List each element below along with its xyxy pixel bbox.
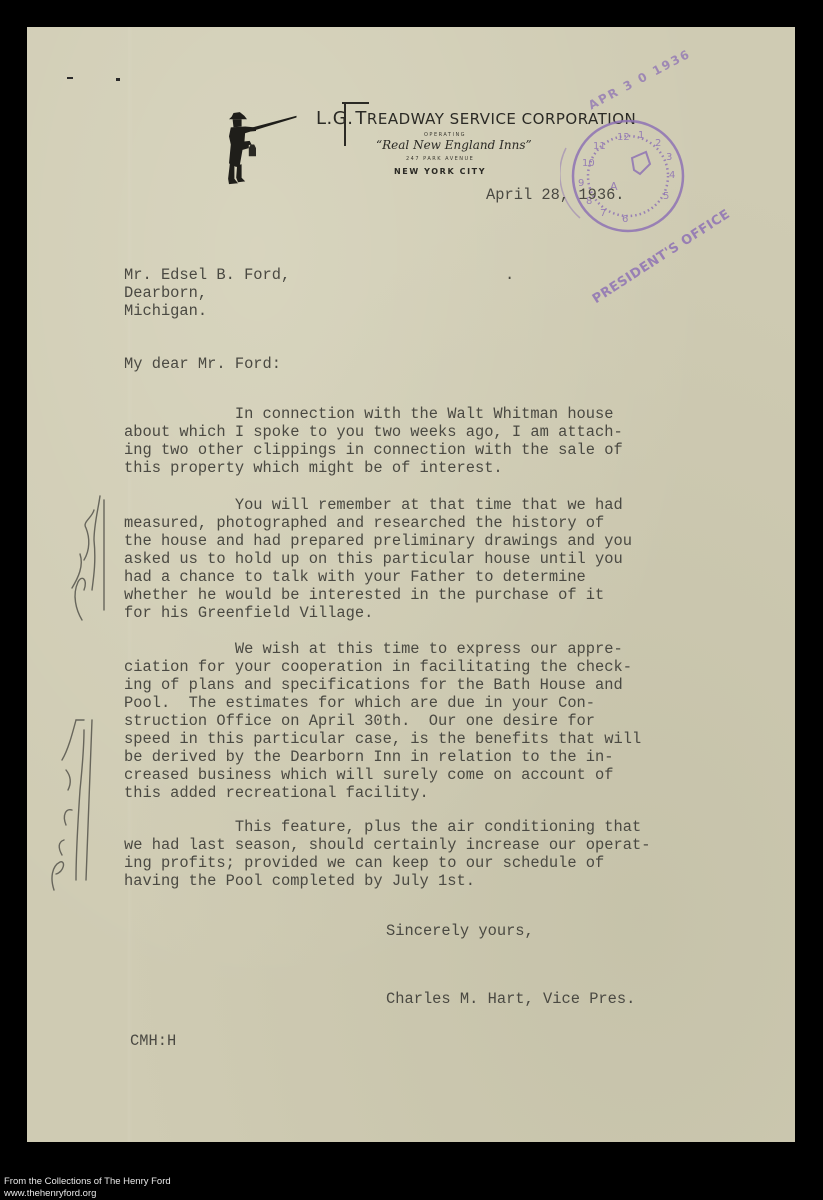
- svg-text:3: 3: [666, 152, 672, 163]
- body-line: about which I spoke to you two weeks ago…: [124, 423, 623, 441]
- body-line: struction Office on April 30th. Our one …: [124, 712, 595, 730]
- body-line: we had last season, should certainly inc…: [124, 836, 650, 854]
- company-tagline: “Real New England Inns”: [376, 138, 532, 152]
- body-line: ing profits; provided we can keep to our…: [124, 854, 604, 872]
- company-prefix: L.G.: [316, 108, 353, 129]
- company-address: 247 PARK AVENUE: [406, 156, 474, 162]
- svg-text:12: 12: [617, 132, 630, 143]
- paper-mark: [67, 77, 73, 79]
- letterhead-ornament: [342, 102, 369, 104]
- body-line: whether he would be interested in the pu…: [124, 586, 604, 604]
- paper-mark: [116, 78, 120, 81]
- svg-text:6: 6: [622, 214, 628, 225]
- body-line: the house and had prepared preliminary d…: [124, 532, 632, 550]
- svg-text:4: 4: [669, 170, 675, 181]
- body-line: be derived by the Dearborn Inn in relati…: [124, 748, 614, 766]
- body-line: This feature, plus the air conditioning …: [124, 818, 641, 836]
- body-line: ing of plans and specifications for the …: [124, 676, 623, 694]
- body-line: In connection with the Walt Whitman hous…: [124, 405, 614, 423]
- salutation: My dear Mr. Ford:: [124, 355, 281, 373]
- recipient-line: Mr. Edsel B. Ford,: [124, 266, 290, 284]
- body-line: measured, photographed and researched th…: [124, 514, 604, 532]
- company-initial: T: [355, 108, 367, 129]
- credit-url: www.thehenryford.org: [4, 1188, 171, 1200]
- typist-initials: CMH:H: [130, 1032, 176, 1050]
- body-line: creased business which will surely come …: [124, 766, 614, 784]
- body-line: had a chance to talk with your Father to…: [124, 568, 586, 586]
- body-line: ciation for your cooperation in facilita…: [124, 658, 632, 676]
- body-line: Pool. The estimates for which are due in…: [124, 694, 595, 712]
- body-line: We wish at this time to express our appr…: [124, 640, 623, 658]
- archive-credit: From the Collections of The Henry Ford w…: [4, 1176, 171, 1200]
- body-line: for his Greenfield Village.: [124, 604, 373, 622]
- credit-line: From the Collections of The Henry Ford: [4, 1176, 171, 1188]
- svg-text:5: 5: [663, 191, 669, 202]
- lamplighter-silhouette-icon: [220, 104, 310, 194]
- body-line: this added recreational facility.: [124, 784, 429, 802]
- body-line: this property which might be of interest…: [124, 459, 503, 477]
- body-line: You will remember at that time that we h…: [124, 496, 623, 514]
- body-line: asked us to hold up on this particular h…: [124, 550, 623, 568]
- recipient-line: Michigan.: [124, 302, 207, 320]
- body-line: ing two other clippings in connection wi…: [124, 441, 623, 459]
- body-line: speed in this particular case, is the be…: [124, 730, 641, 748]
- handwritten-margin-note-icon: [32, 470, 112, 910]
- svg-text:11: 11: [593, 141, 606, 152]
- letter-date: April 28, 1936.: [486, 186, 625, 204]
- svg-text:7: 7: [600, 208, 606, 219]
- received-clock-stamp-icon: 12 1 2 3 4 5 11 10 9 8 7 6 A: [560, 118, 690, 238]
- body-line: having the Pool completed by July 1st.: [124, 872, 475, 890]
- closing: Sincerely yours,: [386, 922, 534, 940]
- svg-text:2: 2: [655, 138, 661, 149]
- punctuation-mark: .: [505, 266, 514, 284]
- svg-text:10: 10: [582, 158, 595, 169]
- svg-text:1: 1: [638, 130, 644, 141]
- recipient-line: Dearborn,: [124, 284, 207, 302]
- company-city: NEW YORK CITY: [394, 167, 486, 176]
- signature-name: Charles M. Hart, Vice Pres.: [386, 990, 635, 1008]
